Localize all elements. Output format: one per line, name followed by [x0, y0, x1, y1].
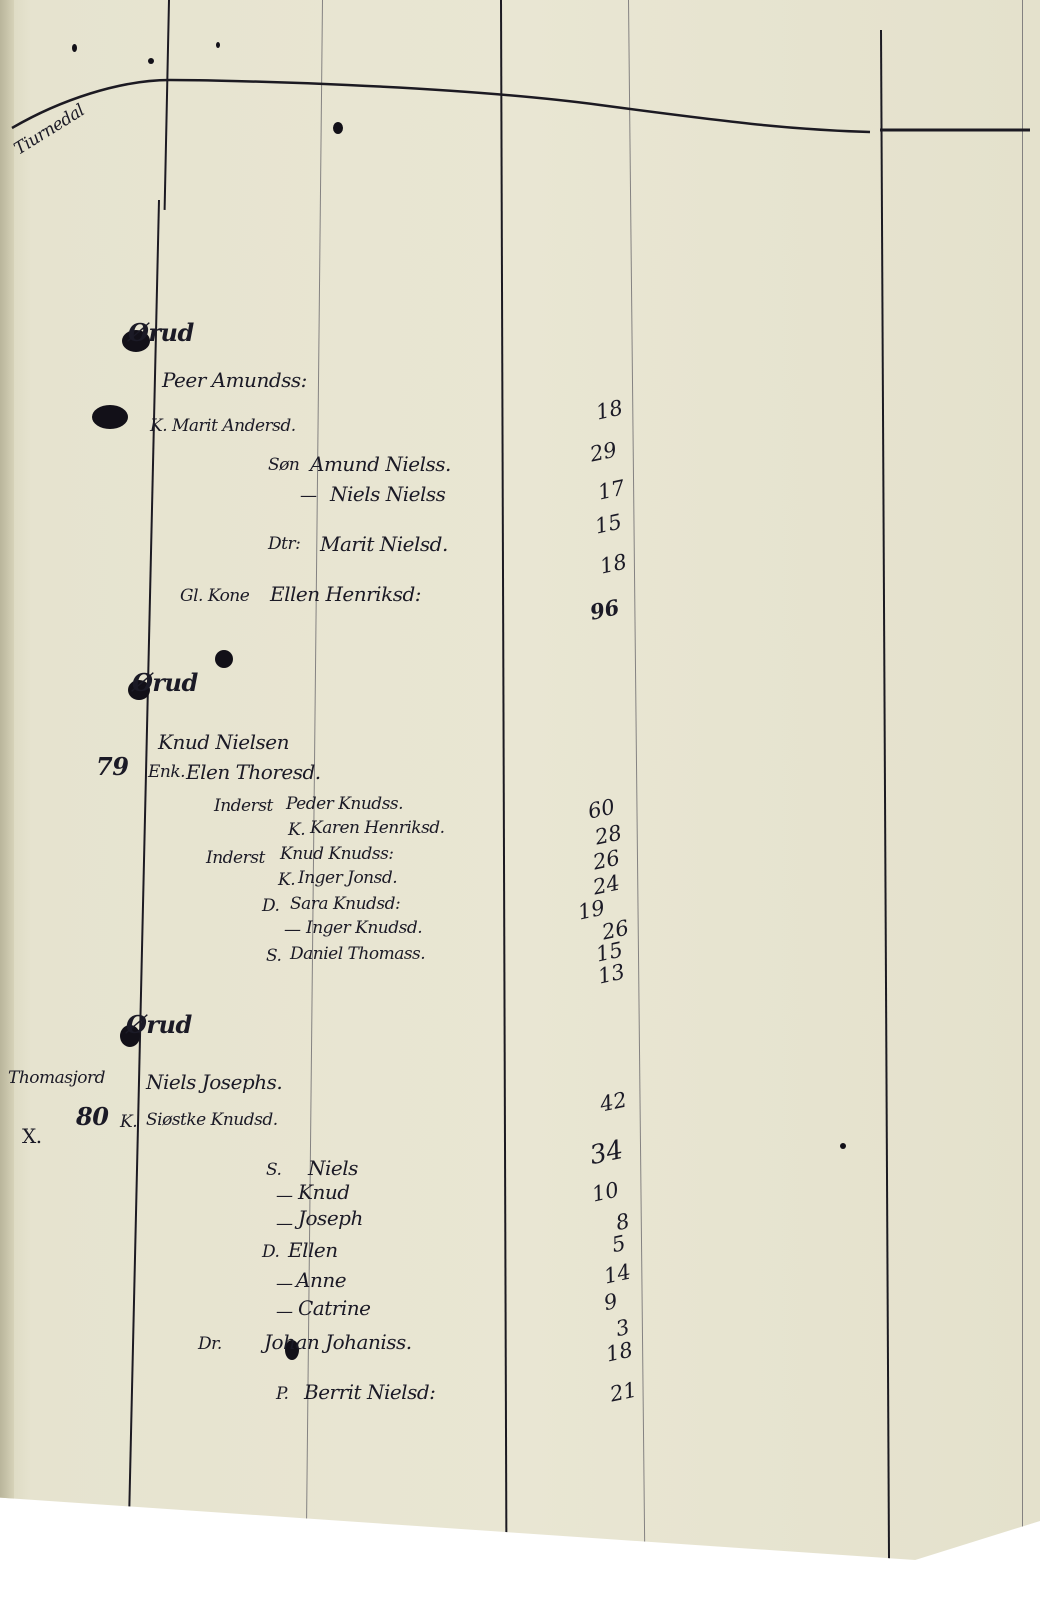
entry-name: Peder Knudss.: [286, 794, 403, 814]
entry-name: Anne: [296, 1268, 346, 1292]
entry-name: Berrit Nielsd:: [304, 1380, 435, 1404]
ink-blot: [333, 122, 343, 134]
entry-name: Marit Nielsd.: [320, 532, 448, 556]
entry-name: Amund Nielss.: [310, 452, 451, 476]
ink-blot: [72, 44, 77, 52]
entry-age: 13: [596, 959, 627, 988]
household-3-head: Niels Josephs.: [146, 1070, 282, 1094]
entry-name: Johan Johaniss.: [264, 1330, 412, 1354]
entry-age: 5: [610, 1231, 628, 1257]
entry-age: 29: [588, 437, 619, 466]
entry-role: —: [276, 1274, 293, 1294]
book-binding-edge: [0, 0, 14, 1540]
entry-role: K.: [278, 870, 295, 890]
entry-name: Inger Knudsd.: [306, 918, 422, 938]
entry-role: —: [276, 1302, 293, 1322]
entry-age: 18: [598, 549, 629, 578]
entry-age: 42: [598, 1087, 629, 1116]
entry-age: 17: [596, 475, 627, 504]
entry-age: 28: [593, 820, 624, 849]
entry-name: Niels: [308, 1156, 358, 1180]
ink-blot: [148, 58, 154, 64]
entry-name: Ellen Henriksd:: [270, 582, 421, 606]
entry-role: Enk.: [148, 762, 185, 782]
entry-role: K.: [288, 820, 305, 840]
entry-role: Søn: [268, 455, 299, 475]
entry-role: K.: [120, 1112, 137, 1132]
ink-blot: [840, 1143, 846, 1149]
entry-age: 9: [602, 1289, 620, 1315]
entry-role: Inderst: [206, 848, 265, 868]
ink-blot: [92, 405, 128, 429]
entry-name: Knud: [298, 1180, 350, 1204]
household-1-marker: Ørud: [128, 318, 194, 347]
entry-name: Niels Nielss: [330, 482, 445, 506]
entry-name: Marit Andersd.: [172, 416, 296, 436]
column-rule-1b: [128, 200, 160, 1540]
entry-name: Catrine: [298, 1296, 370, 1320]
entry-role: D.: [262, 1242, 279, 1262]
entry-age: 21: [608, 1377, 639, 1406]
ink-blot: [215, 650, 233, 668]
entry-name: Elen Thoresd.: [186, 760, 321, 784]
household-3-margin-mark: X.: [22, 1124, 42, 1148]
entry-age: 60: [586, 794, 617, 823]
household-3-number: 80: [76, 1102, 108, 1131]
entry-name: Karen Henriksd.: [310, 818, 445, 838]
entry-age: 14: [602, 1259, 633, 1288]
entry-role: —: [284, 920, 301, 940]
household-1-head: Peer Amundss:: [162, 368, 307, 392]
entry-age: 15: [593, 509, 624, 538]
entry-age: 18: [604, 1337, 635, 1366]
entry-role: D.: [262, 896, 279, 916]
entry-name: Inger Jonsd.: [298, 868, 397, 888]
household-2-head: Knud Nielsen: [158, 730, 289, 754]
entry-role: —: [276, 1186, 293, 1206]
entry-name: Joseph: [298, 1206, 363, 1230]
register-page: Tiurnedal Ørud Peer Amundss: K. Marit An…: [0, 0, 1040, 1560]
entry-role: Gl. Kone: [180, 586, 249, 606]
household-3-margin-note: Thomasjord: [8, 1068, 105, 1088]
household-2-marker: Ørud: [132, 668, 198, 697]
entry-role: —: [276, 1214, 293, 1234]
column-rule-4: [628, 0, 645, 1560]
household-3-marker: Ørud: [126, 1010, 192, 1039]
entry-role: S.: [266, 1160, 281, 1180]
entry-name: Ellen: [288, 1238, 338, 1262]
entry-role: P.: [276, 1384, 288, 1404]
entry-role: S.: [266, 946, 281, 966]
column-rule-6: [1022, 0, 1023, 1540]
ink-blot: [216, 42, 220, 48]
entry-role: K.: [150, 416, 167, 436]
entry-age: 34: [587, 1135, 626, 1171]
household-2-number: 79: [96, 752, 128, 781]
entry-role: Inderst: [214, 796, 273, 816]
entry-age: 24: [591, 870, 622, 899]
entry-name: Knud Knudss:: [280, 844, 394, 864]
entry-role: —: [300, 486, 317, 506]
entry-age: 10: [590, 1177, 621, 1206]
column-rule-5: [880, 30, 890, 1560]
entry-role: Dtr:: [268, 534, 300, 554]
entry-name: Siøstke Knudsd.: [146, 1110, 278, 1130]
header-rule-line: [0, 0, 1040, 160]
entry-name: Sara Knudsd:: [290, 894, 400, 914]
column-rule-3: [500, 0, 507, 1560]
entry-age: 96: [588, 594, 622, 625]
entry-role: Dr.: [198, 1334, 222, 1354]
entry-age: 18: [594, 395, 625, 424]
entry-name: Daniel Thomass.: [290, 944, 425, 964]
